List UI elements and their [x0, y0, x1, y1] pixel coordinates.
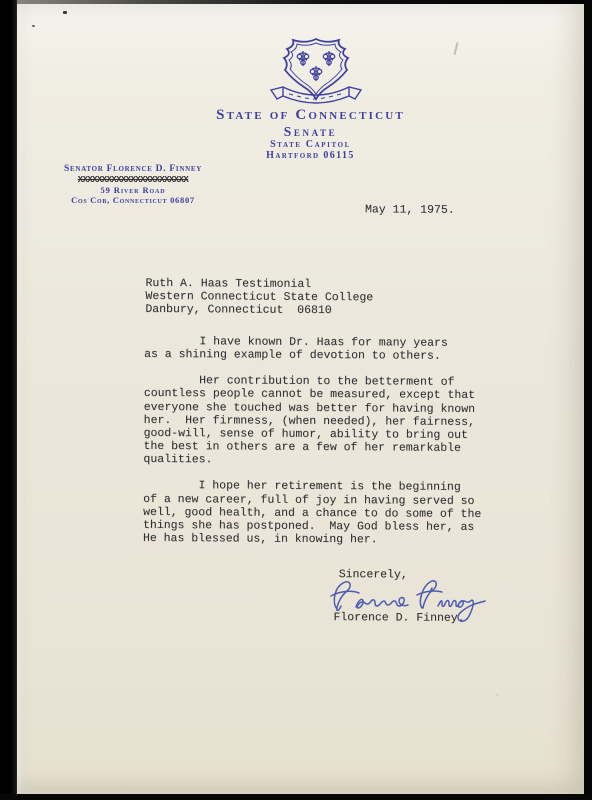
scan-speck: [32, 25, 35, 27]
letter-page: State of Connecticut Senate State Capito…: [17, 4, 584, 794]
handwritten-signature: [327, 575, 487, 625]
scan-speck: [496, 694, 499, 696]
paragraph: I have known Dr. Haas for many years as …: [144, 335, 504, 364]
recipient-address: Ruth A. Haas Testimonial Western Connect…: [145, 277, 373, 318]
date-line: May 11, 1975.: [365, 203, 455, 217]
scan-speck: [63, 11, 67, 14]
paragraph: I hope her retirement is the beginning o…: [143, 479, 503, 547]
paragraph: Her contribution to the betterment of co…: [143, 374, 504, 468]
letter-body: I have known Dr. Haas for many years as …: [143, 335, 504, 560]
typewriter-content: May 11, 1975. Ruth A. Haas Testimonial W…: [13, 3, 585, 796]
